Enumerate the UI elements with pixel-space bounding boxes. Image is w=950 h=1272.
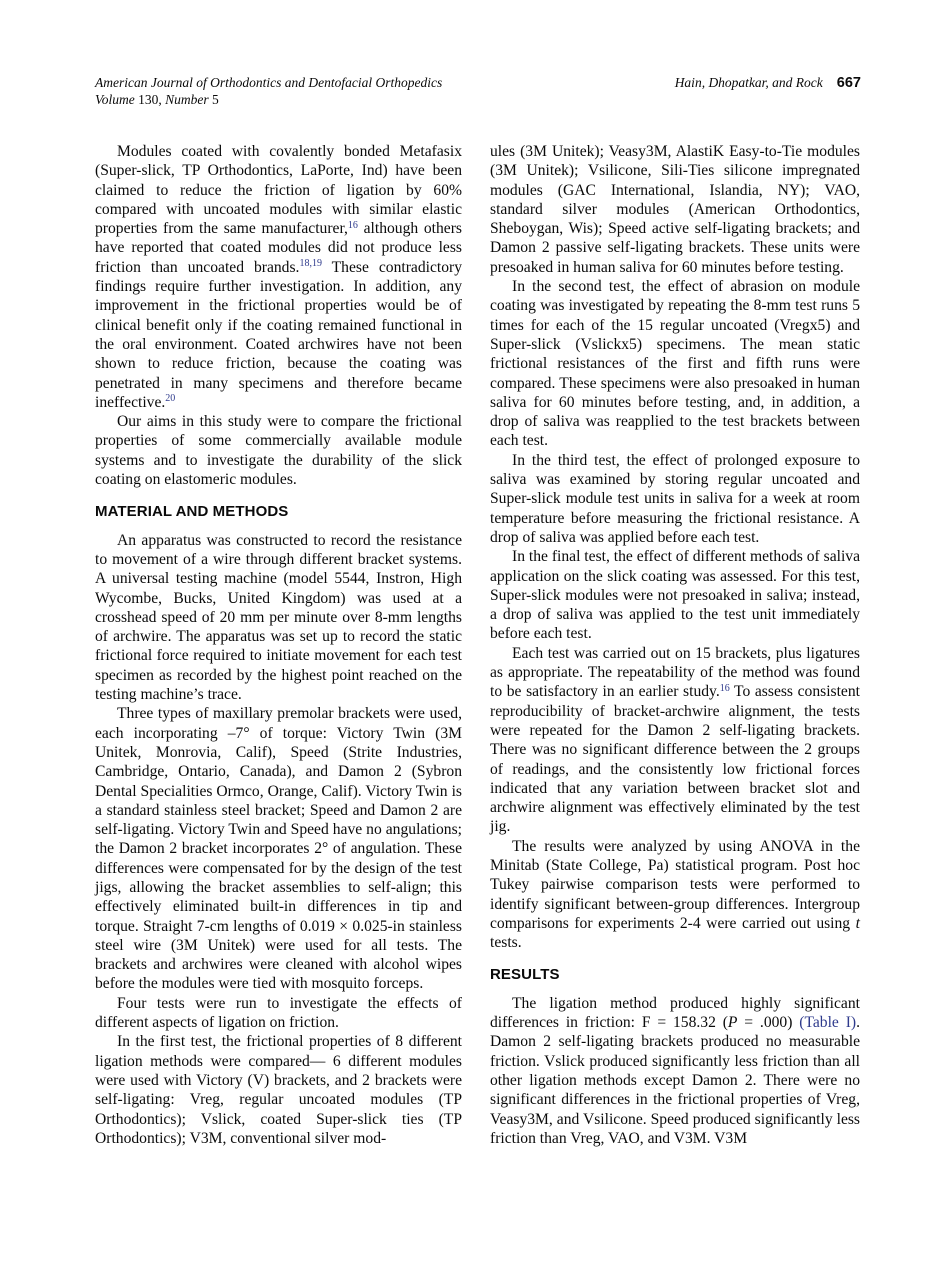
running-head: American Journal of Orthodontics and Den… [95, 74, 861, 108]
citation-ref-link[interactable]: 16 [720, 683, 730, 694]
article-body: Modules coated with covalently bonded Me… [95, 142, 860, 1148]
table-ref-link[interactable]: (Table I) [799, 1014, 856, 1031]
section-heading-results: RESULTS [490, 965, 860, 984]
paragraph: In the second test, the effect of abrasi… [490, 277, 860, 451]
paragraph: In the third test, the effect of prolong… [490, 451, 860, 547]
paragraph: Four tests were run to investigate the e… [95, 994, 462, 1033]
page-number: 667 [837, 75, 861, 91]
paragraph: Our aims in this study were to compare t… [95, 412, 462, 489]
emphasis-text: Number [165, 92, 212, 107]
journal-info: American Journal of Orthodontics and Den… [95, 74, 442, 108]
running-authors: Hain, Dhopatkar, and Rock [675, 75, 823, 90]
paragraph: An apparatus was constructed to record t… [95, 531, 462, 705]
paragraph: The ligation method produced highly sign… [490, 994, 860, 1148]
paragraph: In the final test, the effect of differe… [490, 547, 860, 643]
emphasis-text: P [728, 1014, 738, 1031]
paragraph: Each test was carried out on 15 brackets… [490, 644, 860, 837]
journal-page: American Journal of Orthodontics and Den… [0, 0, 950, 1272]
emphasis-text: t [856, 915, 860, 932]
left-column: Modules coated with covalently bonded Me… [95, 142, 462, 1148]
right-column: ules (3M Unitek); Veasy3M, AlastiK Easy-… [490, 142, 860, 1148]
volume-number-line: Volume 130, Number 5 [95, 91, 442, 108]
paragraph: Three types of maxillary premolar bracke… [95, 704, 462, 993]
citation-ref-link[interactable]: 18,19 [299, 258, 322, 269]
running-authors-page: Hain, Dhopatkar, and Rock667 [675, 74, 861, 92]
paragraph: In the first test, the frictional proper… [95, 1032, 462, 1148]
section-heading-material-and-methods: MATERIAL AND METHODS [95, 502, 462, 521]
emphasis-text: Volume [95, 92, 138, 107]
journal-title: American Journal of Orthodontics and Den… [95, 74, 442, 91]
paragraph: Modules coated with covalently bonded Me… [95, 142, 462, 412]
citation-ref-link[interactable]: 20 [165, 393, 175, 404]
paragraph: ules (3M Unitek); Veasy3M, AlastiK Easy-… [490, 142, 860, 277]
paragraph: The results were analyzed by using ANOVA… [490, 837, 860, 953]
citation-ref-link[interactable]: 16 [348, 220, 358, 231]
